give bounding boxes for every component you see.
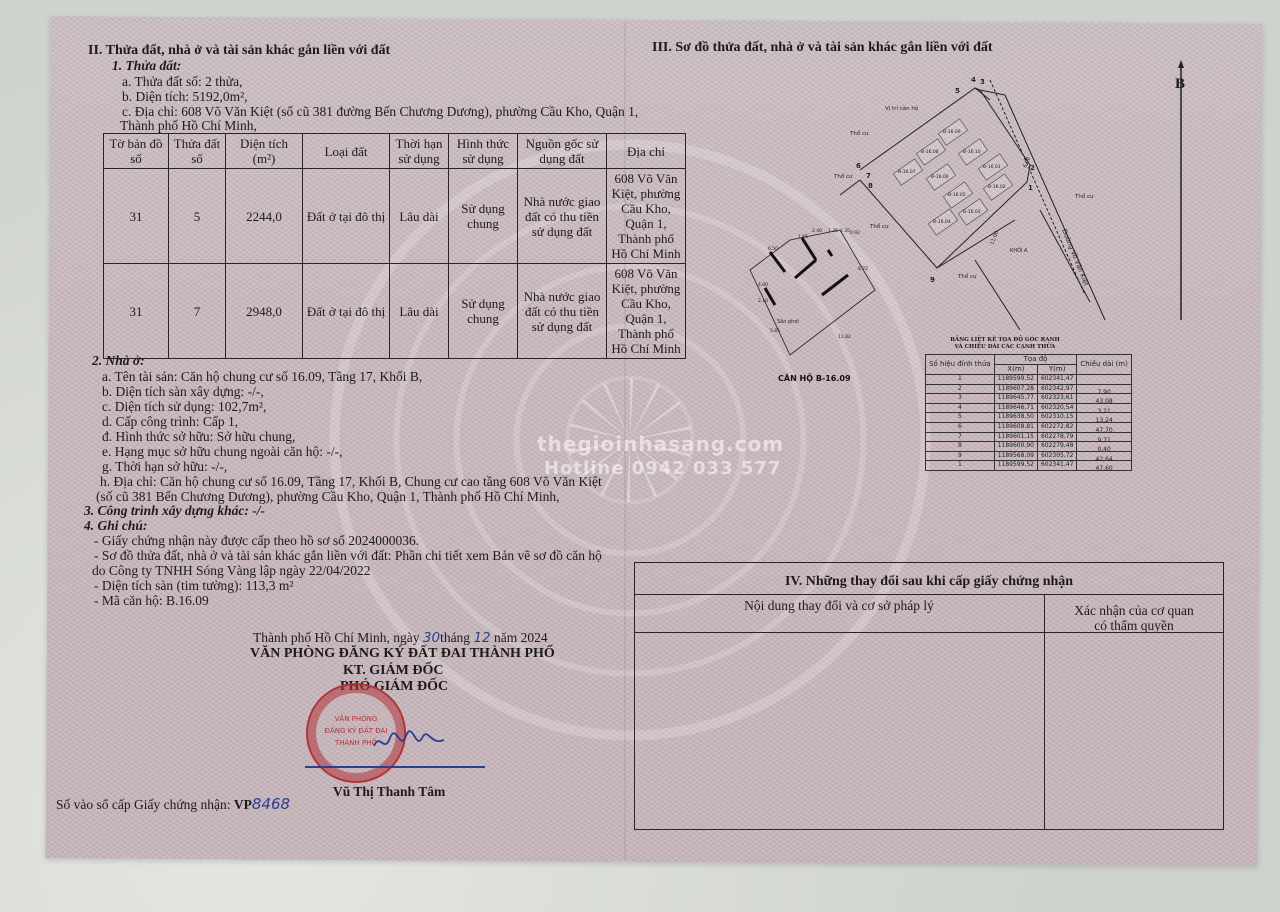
coord-cell-y: 602279,48 <box>1037 442 1076 452</box>
coord-header-y: Y(m) <box>1037 365 1076 375</box>
balcony-label: Sân phơi <box>777 318 799 325</box>
coord-cell-v: 7 <box>926 432 995 442</box>
unit-dimension: 8.72 <box>858 266 868 272</box>
coord-header-x: X(m) <box>994 365 1037 375</box>
coord-cell-x: 1189599,52 <box>994 461 1037 471</box>
land-table-header: Địa chỉ <box>607 134 686 169</box>
coord-cell-y: 602310,15 <box>1037 413 1076 423</box>
issuing-office: VĂN PHÒNG ĐĂNG KÝ ĐẤT ĐAI THÀNH PHỐ <box>250 646 555 662</box>
coord-cell-y: 602341,47 <box>1037 375 1076 385</box>
unit-dimension: 2.35 <box>840 228 850 234</box>
house-address-line1: h. Địa chỉ: Căn hộ chung cư số 16.09, Tầ… <box>100 474 602 490</box>
land-table-cell: Đất ở tại đô thị <box>303 169 390 264</box>
land-table-header: Thửa đất số <box>169 134 226 169</box>
coord-cell-len: 47,60 <box>1077 465 1131 475</box>
notes-heading: 4. Ghi chú: <box>84 518 147 534</box>
stamp-text-1: VĂN PHÒNG <box>308 715 404 724</box>
land-table-cell: Sử dụng chung <box>449 264 518 359</box>
coord-cell-v: 4 <box>926 403 995 413</box>
signature-underline <box>305 766 485 768</box>
north-arrow: B <box>1175 60 1195 325</box>
coord-cell-x: 1189600,90 <box>994 442 1037 452</box>
coord-cell-y: 602342,97 <box>1037 384 1076 394</box>
unit-dimension: 1.65 <box>798 234 808 240</box>
land-table-cell: Sử dụng chung <box>449 169 518 264</box>
land-area: b. Diện tích: 5192,0m², <box>122 89 248 105</box>
coord-cell-x: 1189601,15 <box>994 432 1037 442</box>
unit-label: B-16.10 <box>963 149 981 155</box>
signatory-kt: KT. GIÁM ĐỐC <box>343 663 443 679</box>
land-table: Tờ bản đồ sốThửa đất sốDiện tích (m²)Loạ… <box>103 133 686 359</box>
coord-title-line1: BẢNG LIỆT KÊ TỌA ĐỘ GÓC RANH <box>940 337 1070 344</box>
house-usable-area: c. Diện tích sử dụng: 102,7m², <box>102 399 266 415</box>
unit-label: B-16.05 <box>948 192 966 198</box>
neighbor-label-4: Thổ cư <box>957 273 977 280</box>
land-table-cell: Đất ở tại đô thị <box>303 264 390 359</box>
land-table-cell: 608 Võ Văn Kiệt, phường Cầu Kho, Quận 1,… <box>607 264 686 359</box>
coord-cell-x: 1189638,50 <box>994 413 1037 423</box>
registry-label: Số vào sổ cấp Giấy chứng nhận: <box>56 797 231 812</box>
coord-cell-v: 5 <box>926 413 995 423</box>
vertex-label: 2 <box>1030 164 1035 172</box>
land-table-header: Thời hạn sử dụng <box>390 134 449 169</box>
vertex-label: 3 <box>980 78 985 86</box>
house-grade: d. Cấp công trình: Cấp 1, <box>102 414 238 430</box>
land-table-cell: 31 <box>104 264 169 359</box>
coord-header-length: Chiều dài (m) <box>1077 355 1131 375</box>
handwritten-signature <box>370 728 450 758</box>
land-heading: 1. Thửa đất: <box>112 58 181 74</box>
date-month-label: tháng <box>440 630 470 645</box>
unit-label: B-16.06 <box>931 174 949 180</box>
land-table-cell: Nhà nước giao đất có thu tiền sử dụng đấ… <box>518 264 607 359</box>
land-table-row: 3152244,0Đất ở tại đô thịLâu dàiSử dụng … <box>104 169 686 264</box>
unit-label: B-16.02 <box>988 184 1006 190</box>
vertex-label: 7 <box>866 172 871 180</box>
unit-dimension: 2.10 <box>758 298 768 304</box>
unit-dimension: 1.35 <box>828 228 838 234</box>
vertex-label: 4 <box>971 76 976 84</box>
vertex-label: 1 <box>1028 184 1033 192</box>
date-day: 30 <box>423 630 440 646</box>
neighbor-label-2: Thổ cư <box>833 173 853 180</box>
neighbor-label-5: Thổ cư <box>1074 193 1094 200</box>
date-year: năm 2024 <box>494 630 548 645</box>
block-a-label: KHỐI A <box>1010 246 1028 254</box>
signing-date: Thành phố Hồ Chí Minh, ngày 30tháng 12 n… <box>253 630 548 646</box>
changes-title: IV. Những thay đổi sau khi cấp giấy chứn… <box>634 574 1224 595</box>
unit-label: B-16.03 <box>963 209 981 215</box>
land-table-header: Tờ bản đồ số <box>104 134 169 169</box>
house-ownership-form: đ. Hình thức sở hữu: Sở hữu chung, <box>102 429 295 445</box>
land-table-cell: 2948,0 <box>226 264 303 359</box>
coord-cell-len: 0,40 <box>1077 446 1131 456</box>
land-table-header: Hình thức sử dụng <box>449 134 518 169</box>
coord-table-title: BẢNG LIỆT KÊ TỌA ĐỘ GÓC RANH VÀ CHIỀU DÀ… <box>940 337 1070 351</box>
land-parcel-count: a. Thửa đất số: 2 thửa, <box>122 74 243 90</box>
coord-cell-y: 602278,79 <box>1037 432 1076 442</box>
changes-divider <box>1044 595 1045 830</box>
watermark-hotline: Hotline 0942 033 577 <box>544 458 781 479</box>
coord-cell-v: 1 <box>926 375 995 385</box>
land-address-line2: Thành phố Hồ Chí Minh, <box>120 118 257 134</box>
changes-section: IV. Những thay đổi sau khi cấp giấy chứn… <box>634 562 1224 830</box>
date-prefix: Thành phố Hồ Chí Minh, ngày <box>253 630 420 645</box>
coord-cell-x: 1189607,28 <box>994 384 1037 394</box>
coord-cell-x: 1189599,52 <box>994 375 1037 385</box>
coord-cell-len: 47,70 <box>1077 426 1131 436</box>
unit-dimension: 0.92 <box>850 230 860 236</box>
note-dossier: - Giấy chứng nhận này được cấp theo hồ s… <box>94 533 419 549</box>
unit-floor-plan: 1.652.401.352.350.926.504.002.108.725.85… <box>740 210 900 390</box>
land-table-cell: 7 <box>169 264 226 359</box>
section-2-title: II. Thửa đất, nhà ở và tài sản khác gắn … <box>88 43 390 59</box>
coord-cell-len: 43,08 <box>1077 398 1131 408</box>
vertex-label: 5 <box>955 87 960 95</box>
land-table-header: Loại đất <box>303 134 390 169</box>
house-ownership-term: g. Thời hạn sở hữu: -/-, <box>102 459 227 475</box>
land-table-row: 3172948,0Đất ở tại đô thịLâu dàiSử dụng … <box>104 264 686 359</box>
unit-dimension: 11.82 <box>838 334 851 340</box>
unit-dimension: 2.40 <box>812 228 822 234</box>
coord-cell-x: 1189608,81 <box>994 422 1037 432</box>
vertex-label: 9 <box>930 276 935 284</box>
confirm-line2: có thẩm quyền <box>1044 618 1224 633</box>
unit-label: B-16.04 <box>933 219 951 225</box>
other-works: 3. Công trình xây dựng khác: -/- <box>84 503 265 519</box>
north-arrow-icon <box>1175 60 1195 320</box>
coord-cell-len <box>1077 379 1131 389</box>
house-common-items: e. Hạng mục sở hữu chung ngoài căn hộ: -… <box>102 444 343 460</box>
vertex-label: 6 <box>856 162 861 170</box>
coord-cell-v: 6 <box>926 422 995 432</box>
unit-label: B-16.01 <box>983 164 1001 170</box>
coord-cell-x: 1189568,09 <box>994 451 1037 461</box>
land-table-header: Diện tích (m²) <box>226 134 303 169</box>
coord-cell-v: 2 <box>926 384 995 394</box>
vertex-label: 8 <box>868 182 873 190</box>
apartment-location-label: Vị trí căn hộ <box>885 105 919 112</box>
section-3-title: III. Sơ đồ thửa đất, nhà ở và tài sản kh… <box>652 40 993 56</box>
coord-cell-len: 7,90 <box>1077 388 1131 398</box>
dim-11: 11.00 <box>989 230 1000 246</box>
land-table-cell: 5 <box>169 169 226 264</box>
coord-table-row: 11189599,52602341,47 <box>926 375 1132 385</box>
road-label: Đường Võ Văn Kiệt <box>1060 228 1090 288</box>
note-unit-code: - Mã căn hộ: B.16.09 <box>94 593 209 609</box>
unit-dimension: 5.85 <box>770 328 780 334</box>
coord-cell-y: 602341,47 <box>1037 461 1076 471</box>
land-table-cell: Nhà nước giao đất có thu tiền sử dụng đấ… <box>518 169 607 264</box>
house-name: a. Tên tài sản: Căn hộ chung cư số 16.09… <box>102 369 422 385</box>
land-table-header: Nguồn gốc sử dụng đất <box>518 134 607 169</box>
coord-cell-len: 42,64 <box>1077 455 1131 465</box>
house-construction-area: b. Diện tích sàn xây dựng: -/-, <box>102 384 264 400</box>
coord-title-line2: VÀ CHIỀU DÀI CÁC CẠNH THỬA <box>940 344 1070 351</box>
coord-cell-v: 9 <box>926 451 995 461</box>
watermark-site: thegioinhasang.com <box>537 432 784 456</box>
land-table-cell: 608 Võ Văn Kiệt, phường Cầu Kho, Quận 1,… <box>607 169 686 264</box>
registry-entry: Số vào sổ cấp Giấy chứng nhận: VP8468 <box>56 796 290 813</box>
unit-plan-title: CĂN HỘ B-16.09 <box>778 372 851 383</box>
note-plan-line1: - Sơ đồ thửa đất, nhà ở và tài sản khác … <box>94 548 602 564</box>
changes-header-line <box>634 632 1224 633</box>
coord-cell-v: 8 <box>926 442 995 452</box>
coord-cell-len: 9,71 <box>1077 436 1131 446</box>
neighbor-label-1: Thổ cư <box>849 130 869 137</box>
coord-cell-len: 3,21 <box>1077 407 1131 417</box>
coord-header-coords: Tọa độ <box>994 355 1077 365</box>
unit-label: B-16.09 <box>943 129 961 135</box>
unit-dimension: 6.50 <box>768 246 778 252</box>
note-floor-area: - Diện tích sàn (tim tường): 113,3 m² <box>94 578 293 594</box>
registry-number: 8468 <box>252 795 290 813</box>
land-table-cell: Lâu dài <box>390 169 449 264</box>
land-table-cell: 2244,0 <box>226 169 303 264</box>
coord-cell-y: 602323,61 <box>1037 394 1076 404</box>
coord-cell-v: 3 <box>926 394 995 404</box>
house-heading: 2. Nhà ở: <box>92 353 145 369</box>
changes-col-confirmation: Xác nhận của cơ quan có thẩm quyền <box>1044 595 1224 633</box>
signatory-name: Vũ Thị Thanh Tâm <box>333 784 445 800</box>
unit-label: B-16.07 <box>898 169 916 175</box>
registry-prefix: VP <box>234 797 252 812</box>
coord-cell-x: 1189645,77 <box>994 394 1037 404</box>
coord-cell-len: 13,24 <box>1077 417 1131 427</box>
north-label: B <box>1175 76 1185 92</box>
confirm-line1: Xác nhận của cơ quan <box>1044 603 1224 618</box>
coord-cell-y: 602320,54 <box>1037 403 1076 413</box>
date-month: 12 <box>473 630 490 646</box>
note-plan-line2: do Công ty TNHH Sóng Vàng lập ngày 22/04… <box>92 563 371 579</box>
coord-cell-y: 602272,82 <box>1037 422 1076 432</box>
coordinate-table: Số hiệu đỉnh thửa Tọa độ Chiều dài (m) X… <box>925 354 1132 471</box>
coord-cell-x: 1189646,71 <box>994 403 1037 413</box>
coord-cell-v: 1 <box>926 461 995 471</box>
changes-col-content: Nội dung thay đổi và cơ sở pháp lý <box>634 595 1044 613</box>
land-table-cell: 31 <box>104 169 169 264</box>
coord-cell-y: 602305,72 <box>1037 451 1076 461</box>
land-table-cell: Lâu dài <box>390 264 449 359</box>
unit-dimension: 4.00 <box>758 282 768 288</box>
coord-header-vertex: Số hiệu đỉnh thửa <box>926 355 995 375</box>
unit-label: B-16.08 <box>921 149 939 155</box>
